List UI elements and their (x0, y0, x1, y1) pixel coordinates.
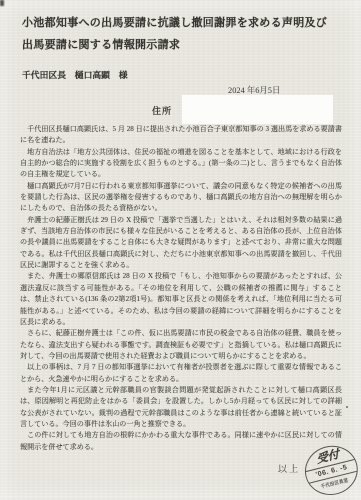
body-paragraph: 以上の事柄は、7 月 7 日の都知事選挙において有権者が投票者を選ぶに際して重要… (20, 362, 342, 385)
address-redaction-box (182, 95, 333, 124)
receipt-stamp-border: 受付 '06. 6. -5 千代田区長室 (300, 440, 361, 500)
corner-smudge (0, 0, 4, 6)
body-paragraph: また、弁護士の郷原信郎氏は 28 日の X 投稿で「もし、小池知事からの要請があ… (20, 271, 342, 328)
body-paragraph: 樋口高顕氏が7月7日に行われる東京都知事選挙について、議会の同意もなく特定の候補… (20, 181, 342, 215)
closing-ijou: 以上 (278, 462, 300, 475)
addressee-line: 千代田区長 樋口高顕 様 (22, 68, 128, 81)
document-body: 千代田区長樋口高顕氏は、5 月 28 日に提出された小池百合子東京都知事の 3 … (20, 124, 342, 453)
body-paragraph: この件に対しても地方自治の根幹にかかわる重大な事件である。同様に速やかに区民に対… (20, 430, 342, 453)
scan-speck (346, 406, 348, 408)
document-title-line2: 出馬要請に関する情報開示請求 (22, 35, 344, 57)
document-title-line1: 小池都知事への出馬要請に抗議し撤回謝罪を求める声明及び (22, 13, 344, 35)
body-paragraph: 千代田区長樋口高顕氏は、5 月 28 日に提出された小池百合子東京都知事の 3 … (20, 124, 342, 147)
body-paragraph: 地方自治法は「地方公共団体は、住民の福祉の増進を図ることを基本として、地域におけ… (20, 147, 342, 181)
document-title: 小池都知事への出馬要請に抗議し撤回謝罪を求める声明及び 出馬要請に関する情報開示… (22, 13, 344, 56)
scanned-document-page: 小池都知事への出馬要請に抗議し撤回謝罪を求める声明及び 出馬要請に関する情報開示… (0, 0, 361, 500)
body-paragraph: また今年1月に元区議と元幹部職員の官製談合問題が発覚起訴されたことに対して樋口高… (20, 385, 342, 430)
body-paragraph: 弁護士の紀藤正樹氏は 29 日の X 投稿で「選挙で当選した」とはいえ、それは相… (20, 215, 342, 272)
body-paragraph: さらに、紀藤正樹弁護士は「この件、仮に出馬要請に市民の税金である自治体の経費、職… (20, 328, 342, 362)
